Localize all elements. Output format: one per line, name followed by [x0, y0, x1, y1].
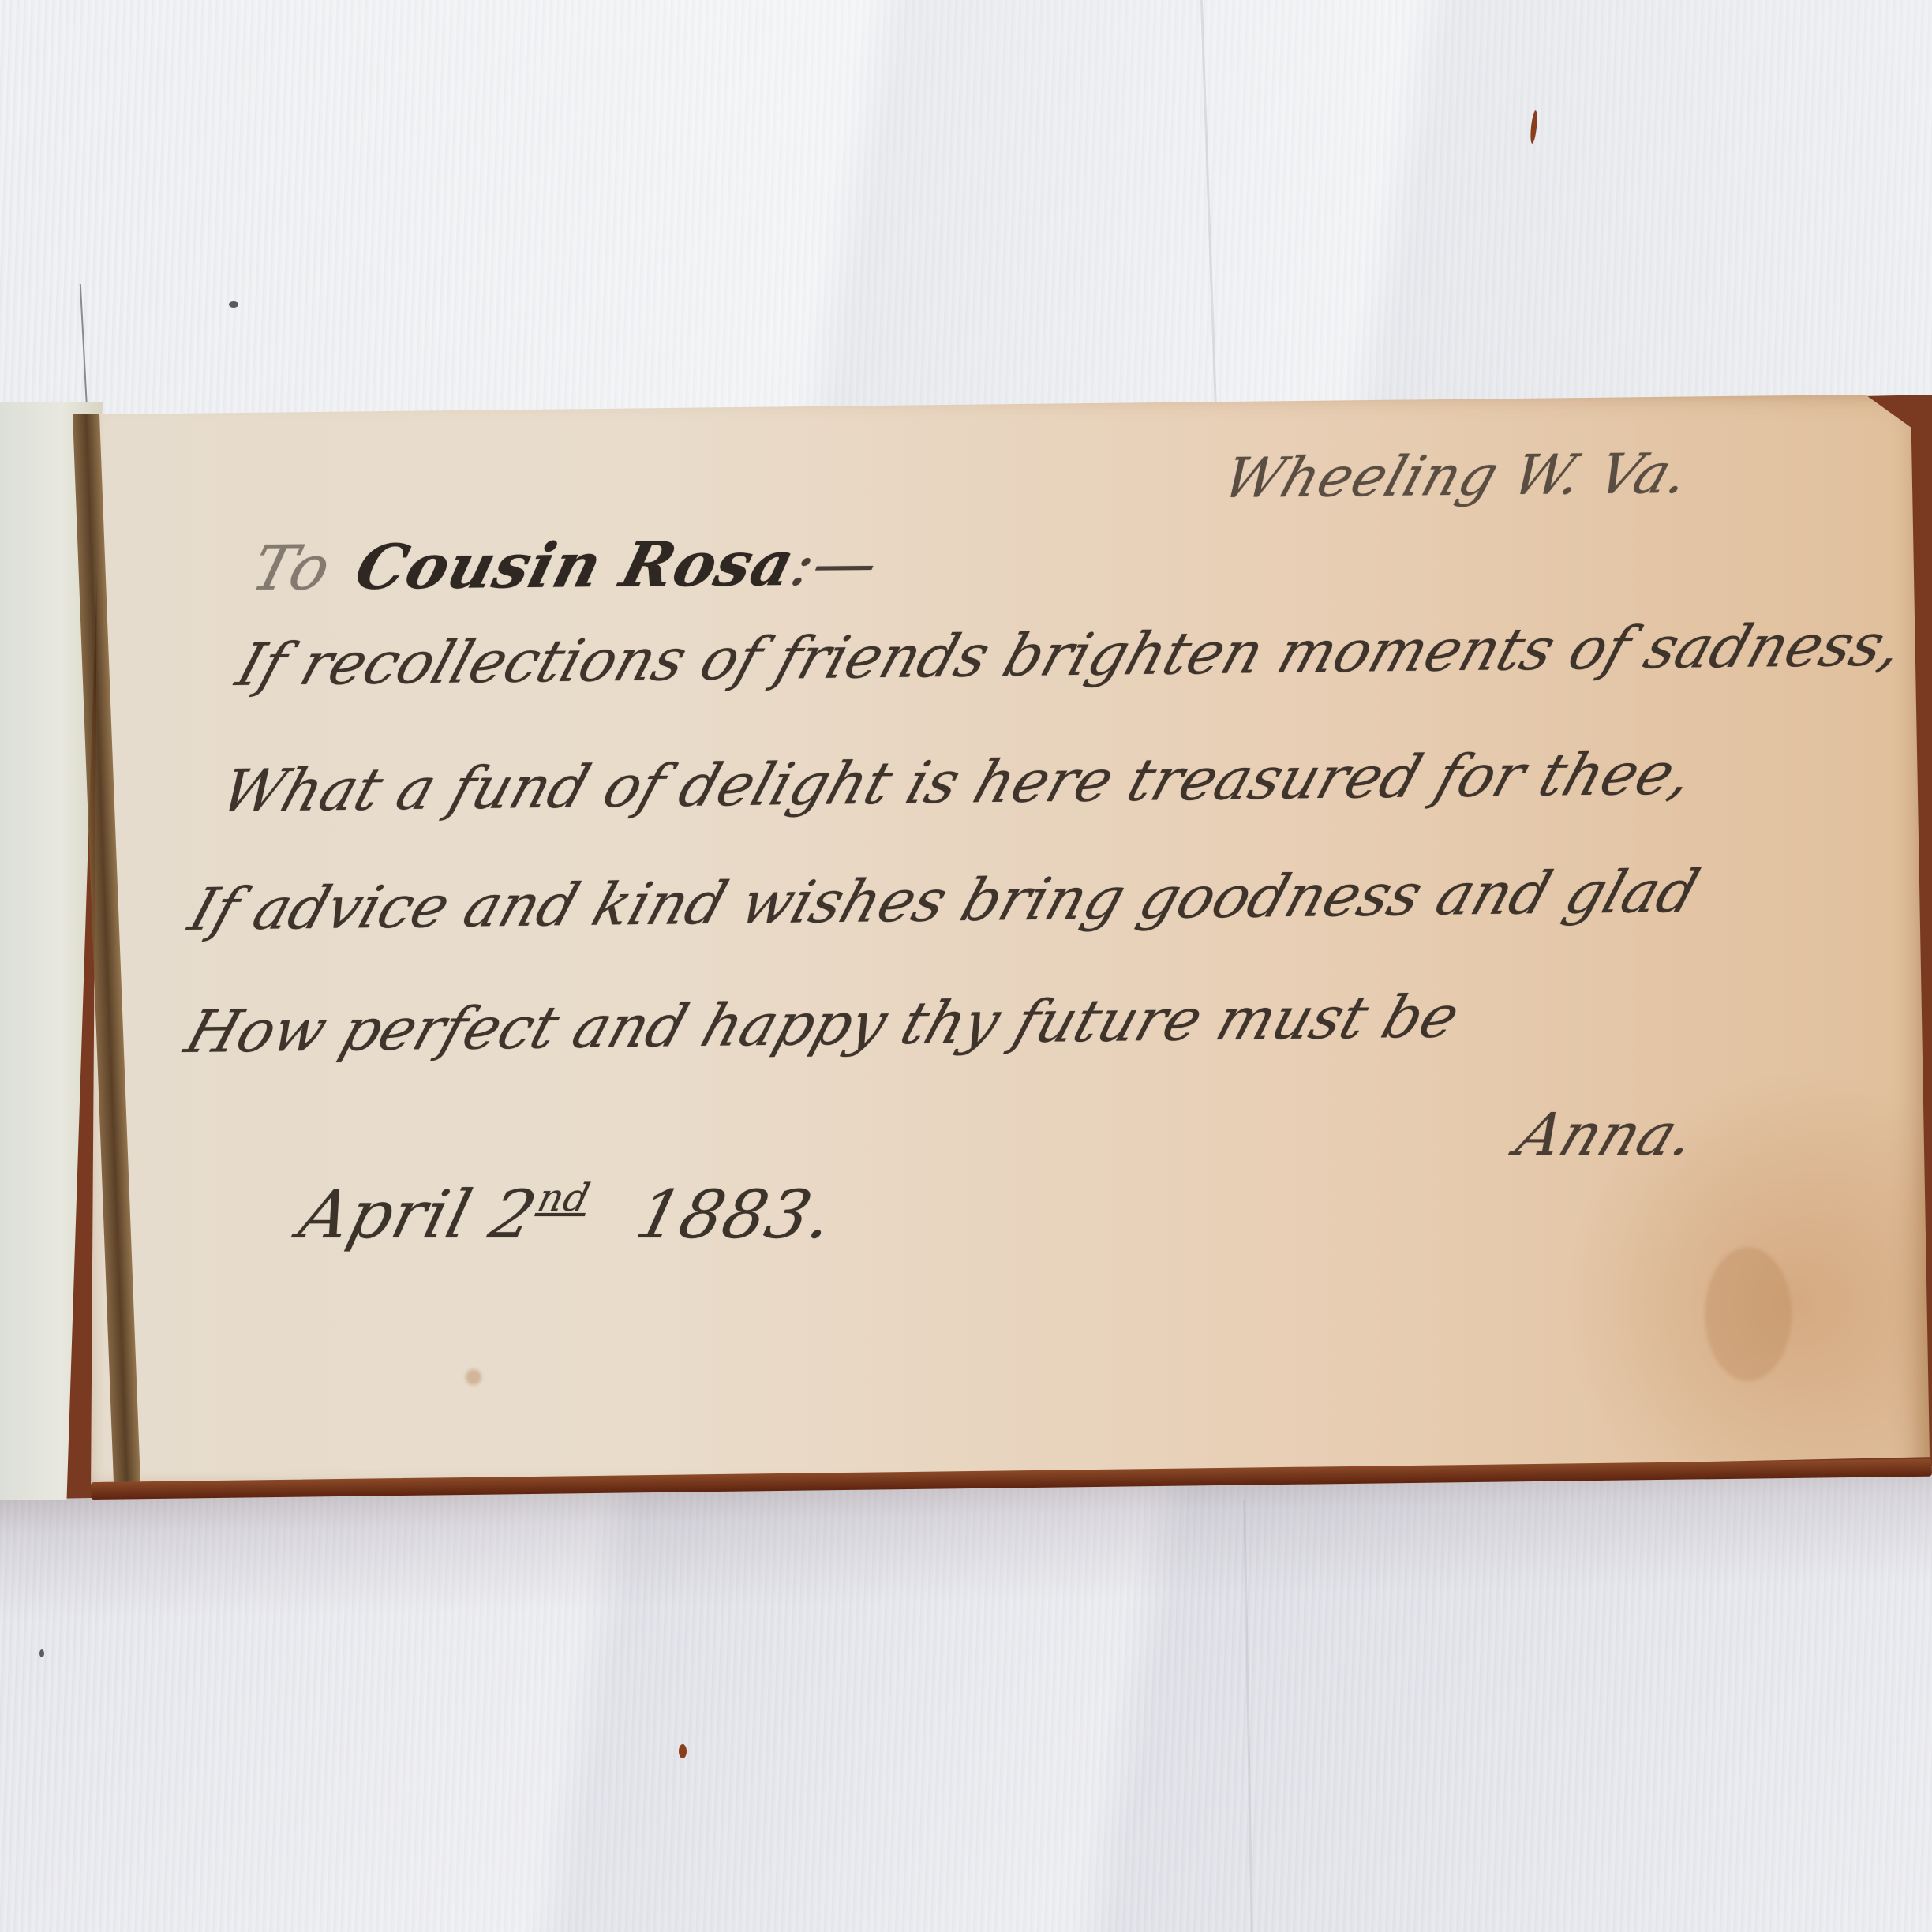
- lint-speck: [229, 301, 238, 308]
- lint-speck: [39, 1649, 44, 1657]
- foxing-spot: [1705, 1247, 1792, 1381]
- foxing-spot: [466, 1369, 481, 1385]
- date: April 2nd 1883.: [292, 1176, 842, 1253]
- addressee-name: Cousin Rosa: [348, 528, 802, 604]
- date-year: 1883.: [629, 1176, 842, 1253]
- date-month-day: April 2: [292, 1176, 545, 1253]
- signature: Anna.: [1507, 1101, 1707, 1169]
- place-heading: Wheeling W. Va.: [1215, 441, 1698, 511]
- date-ordinal: nd: [534, 1176, 595, 1220]
- salutation: ToCousin Rosa:—: [245, 527, 886, 605]
- lint-speck: [679, 1744, 687, 1758]
